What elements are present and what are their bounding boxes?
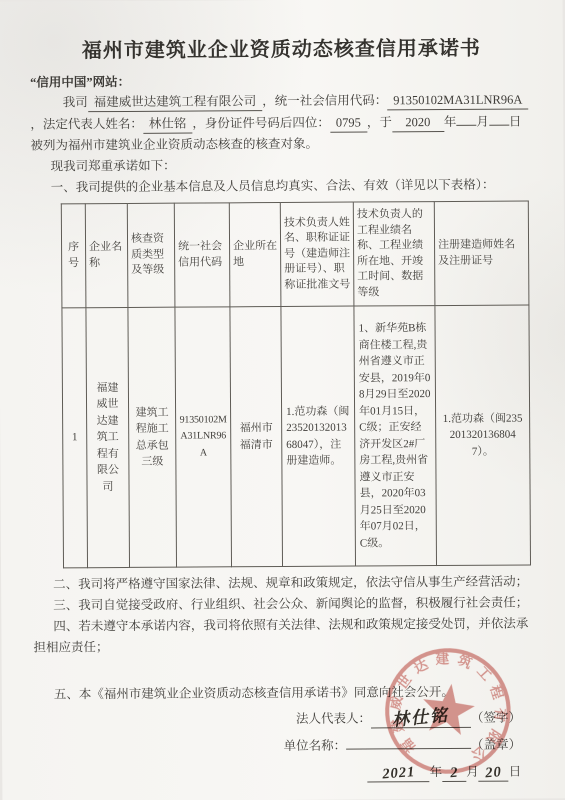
legal-rep-underlined: 林仕铭 [143,116,193,134]
day-unit: 日 [509,765,522,779]
header-project-record: 技术负责人的工程业绩名称、工程业绩所在地、开竣工时间、数据等级 [353,202,435,306]
unit-name-underline [346,748,471,750]
cell-location: 福州市福清市 [230,307,283,567]
month-blank-underline [456,111,476,126]
day-blank-underline [489,111,509,126]
header-qualification: 核查资质类型及等级 [127,203,175,307]
clause-5: 五、本《福州市建筑业企业资质动态核查信用承诺书》同意向社会公开。 [34,681,537,705]
header-company-name: 企业名称 [85,203,128,307]
year-underlined: 2020 [392,114,444,132]
legal-rep-label: 法人代表人： [296,711,371,725]
cell-tech-lead: 1.范功森（闽2352013201368047），注册建造师。 [281,306,356,566]
intro-seg3: ，法定代表人姓名： [30,117,143,132]
date-year-underline: 2021 [368,764,430,782]
scanned-document-page: 福州市建筑业企业资质动态核查信用承诺书 “信用中国”网站： 我司福建威世达建筑工… [0,0,565,800]
page-title: 福州市建筑业企业资质动态核查信用承诺书 [30,34,533,65]
intro-year-unit: 年 [444,115,457,129]
year-unit: 年 [430,765,443,779]
unit-name-line: 单位名称：（盖章） [34,732,521,762]
header-credit-code: 统一社会信用代码 [174,203,230,307]
company-info-table: 序号 企业名称 核查资质类型及等级 统一社会信用代码 企业所在地 技术负责人姓名… [61,200,531,568]
header-tech-lead: 技术负责人姓名、职称证证号（建造师注册证号）、职称证批准文号 [280,202,354,306]
clause-3: 三、我司自觉接受政府、行业组织、社会公众、新闻舆论的监督，积极履行社会责任； [33,592,536,616]
cell-credit-code: 91350102MA31LNR96A [175,307,232,567]
intro-paragraph: 我司福建威世达建筑工程有限公司，统一社会信用代码：91350102MA31LNR… [30,89,533,156]
intro-month-unit: 月 [476,115,489,129]
table-row: 1 福建威世达建筑工程有限公司 建筑工程施工总承包三级 91350102MA31… [62,305,531,568]
month-unit: 月 [466,765,479,779]
cell-seq: 1 [62,308,88,568]
table-header-row: 序号 企业名称 核查资质类型及等级 统一社会信用代码 企业所在地 技术负责人姓名… [61,201,529,308]
cell-qualification: 建筑工程施工总承包三级 [128,307,177,567]
intro-seg2: ，统一社会信用代码： [262,93,387,108]
handwritten-day: 20 [485,765,503,780]
legal-rep-signature-line: 法人代表人：林仕铭（签字） [34,705,521,735]
header-registered-builder: 注册建造师姓名及注册证号 [434,201,529,306]
credit-code-underlined: 91350102MA31LNR96A [387,91,528,110]
handwritten-month: 2 [450,766,459,781]
header-seq: 序号 [61,204,86,308]
handwritten-year: 2021 [382,765,416,781]
cell-project-record: 1、新华苑B栋商住楼工程,贵州省遵义市正安县，2019年08月29日至2020年… [354,306,437,566]
header-location: 企业所在地 [229,203,281,307]
intro-seg1: 我司 [63,95,88,109]
clause-4: 四、若未遵守本承诺内容，我司将依照有关法律、法规和政策规定接受处罚，并依法承担相… [33,613,536,658]
signature-underline: 林仕铭 [371,710,471,729]
handwritten-signature: 林仕铭 [392,709,450,728]
cell-registered-builder: 1.范功森（闽2352013201368047）。 [435,305,531,566]
intro-seg4: ，身份证件号码后四位： [192,116,330,131]
company-name-underlined: 福建威世达建筑工程有限公司 [88,93,263,112]
intro-seg5: ，于 [367,115,392,129]
cell-company-name: 福建威世达建筑工程有限公司 [86,307,130,567]
date-day-underline: 20 [479,764,509,782]
date-month-underline: 2 [442,764,466,782]
signature-block: 法人代表人：林仕铭（签字） 单位名称：（盖章） 2021年2月20日 [34,704,537,788]
seal-hint: （盖章） [471,738,521,752]
date-line: 2021年2月20日 [34,759,521,789]
clause-2: 二、我司将严格遵守国家法律、法规、规章和政策规定，依法守信从事生产经营活动； [33,571,536,595]
unit-name-label: 单位名称： [284,739,347,753]
id-last4-underlined: 0795 [330,114,367,132]
sign-hint: （签字） [471,711,521,725]
clause-1: 一、我司提供的企业基本信息及人员信息均真实、合法、有效（详见以下表格）： [31,174,534,198]
